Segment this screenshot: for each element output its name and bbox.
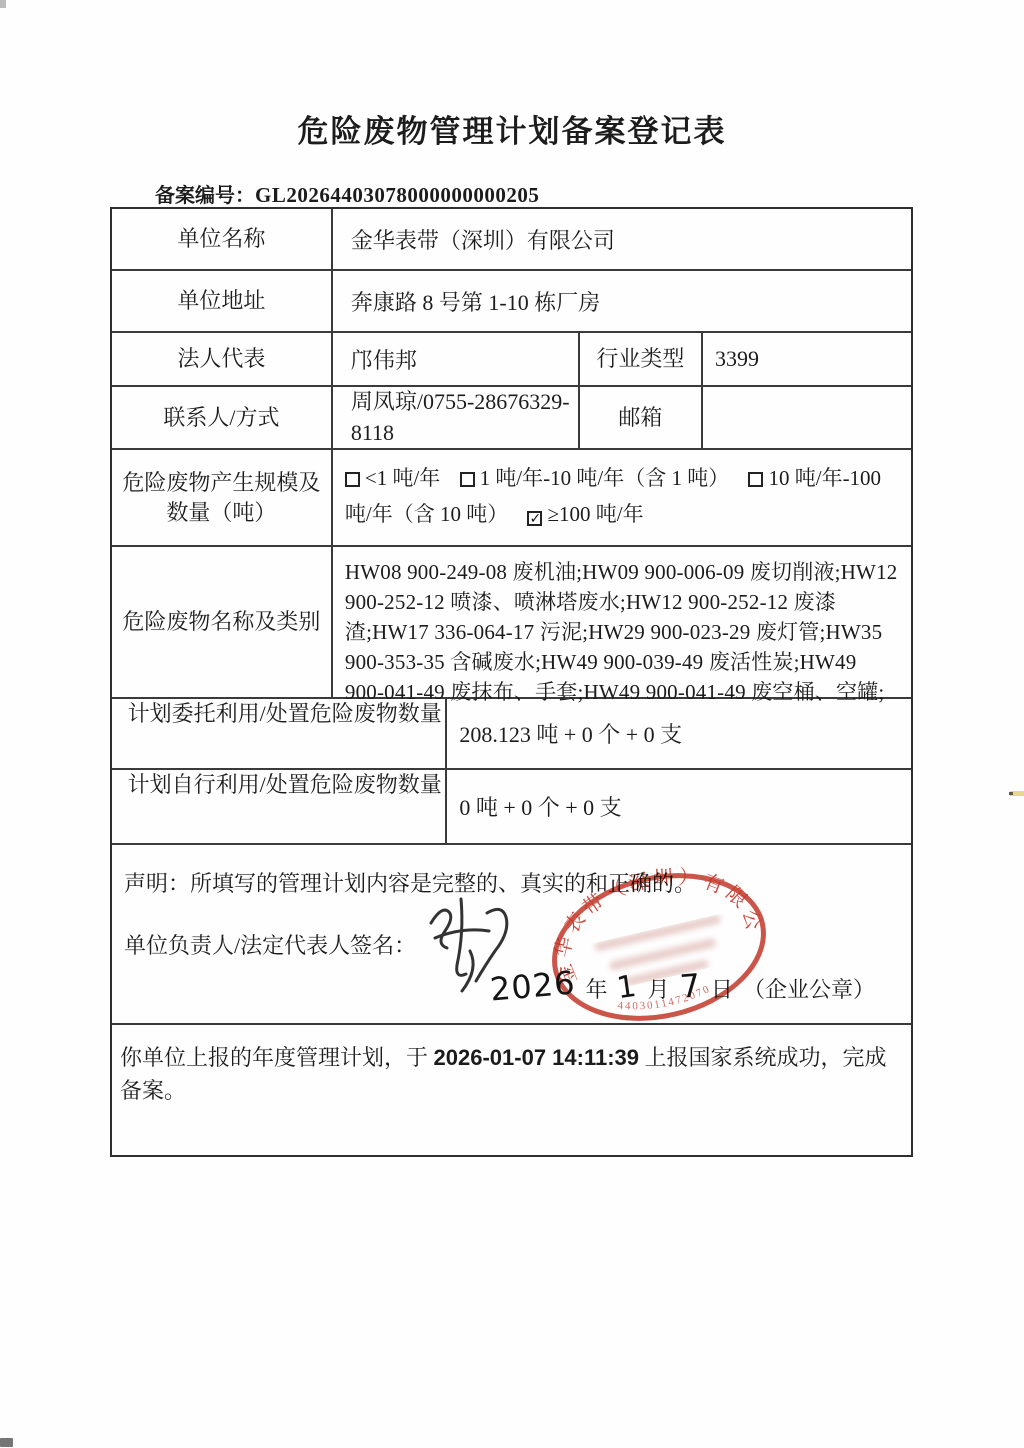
handwritten-month: 1 [615,969,640,1006]
waste-scale-label-line1: 危险废物产生规模及 [122,468,320,498]
record-number-value: GL20264403078000000000205 [255,183,539,207]
legal-rep-value: 邝伟邦 [331,333,578,385]
record-number-label: 备案编号： [155,185,255,207]
record-number-line: 备案编号：GL20264403078000000000205 [155,179,539,208]
scan-artifact-bottom-left [0,1438,13,1447]
scan-artifact-right-dot [1009,792,1013,795]
unit-name-value: 金华表带（深圳）有限公司 [331,209,911,269]
scale-option-1to10: 1 吨/年-10 吨/年（含 1 吨） [460,466,730,490]
email-label: 邮箱 [578,387,701,448]
industry-type-label: 行业类型 [578,333,701,385]
row-entrusted-quantity: 计划委托利用/处置危险废物数量 208.123 吨 + 0 个 + 0 支 [112,697,911,768]
notice-datetime: 2026-01-07 14:11:39 [434,1045,640,1070]
self-quantity-value: 0 吨 + 0 个 + 0 支 [445,770,911,843]
row-waste-names: 危险废物名称及类别 HW08 900-249-08 废机油;HW09 900-0… [112,545,911,697]
entrusted-quantity-label: 计划委托利用/处置危险废物数量 [112,699,445,768]
entrusted-quantity-value: 208.123 吨 + 0 个 + 0 支 [445,699,911,768]
year-char: 年 [585,973,607,1004]
unit-address-value: 奔康路 8 号第 1-10 栋厂房 [331,271,911,331]
contact-value: 周凤琼/0755-28676329-8118 [331,387,578,448]
row-unit-address: 单位地址 奔康路 8 号第 1-10 栋厂房 [112,269,911,331]
checkbox-unchecked-icon [748,472,763,487]
company-seal: 金华表带（深圳）有限公司 4403011472070 [535,857,783,1035]
form-title: 危险废物管理计划备案登记表 [0,106,1024,151]
handwritten-day: 7 [678,966,703,1006]
scale-option-lt1: <1 吨/年 [345,466,440,490]
row-waste-scale: 危险废物产生规模及 数量（吨） <1 吨/年 1 吨/年-10 吨/年（含 1 … [112,448,911,545]
row-legal-rep: 法人代表 邝伟邦 行业类型 3399 [112,331,911,385]
row-unit-name: 单位名称 金华表带（深圳）有限公司 [112,209,911,269]
handwritten-date-line: 2026 年 1 月 7 日 （企业公章） [490,967,875,1005]
scanned-form-page: 危险废物管理计划备案登记表 备案编号：GL2026440307800000000… [0,0,1024,1448]
self-quantity-label: 计划自行利用/处置危险废物数量 [112,770,445,843]
row-self-quantity: 计划自行利用/处置危险废物数量 0 吨 + 0 个 + 0 支 [112,768,911,843]
checkbox-unchecked-icon [460,472,475,487]
contact-label: 联系人/方式 [112,387,331,448]
waste-scale-label-line2: 数量（吨） [166,498,276,528]
waste-scale-options: <1 吨/年 1 吨/年-10 吨/年（含 1 吨） 10 吨/年-100 吨/… [331,450,911,545]
signature-caption: 单位负责人/法定代表人签名： [124,929,416,960]
checkbox-unchecked-icon [345,472,360,487]
legal-rep-label: 法人代表 [112,333,331,385]
day-char: 日 [711,973,733,1004]
filing-notice-text: 你单位上报的年度管理计划，于 2026-01-07 14:11:39 上报国家系… [112,1025,911,1155]
unit-address-label: 单位地址 [112,271,331,331]
row-filing-notice: 你单位上报的年度管理计划，于 2026-01-07 14:11:39 上报国家系… [112,1023,911,1155]
row-declaration: 声明：所填写的管理计划内容是完整的、真实的和正确的。 单位负责人/法定代表人签名… [112,843,911,1023]
industry-type-value: 3399 [701,333,911,385]
checkbox-checked-icon: ✓ [527,511,542,526]
month-char: 月 [648,973,670,1004]
company-seal-note: （企业公章） [743,973,875,1004]
unit-name-label: 单位名称 [112,209,331,269]
waste-names-value: HW08 900-249-08 废机油;HW09 900-006-09 废切削液… [331,547,911,697]
scale-option-gte100-selected: ✓≥100 吨/年 [527,502,643,526]
scan-artifact-top-left [0,0,6,8]
row-contact: 联系人/方式 周凤琼/0755-28676329-8118 邮箱 [112,385,911,448]
handwritten-year: 2026 [489,963,577,1008]
waste-names-label: 危险废物名称及类别 [112,547,331,697]
registration-table: 单位名称 金华表带（深圳）有限公司 单位地址 奔康路 8 号第 1-10 栋厂房… [110,207,913,1157]
notice-prefix: 你单位上报的年度管理计划，于 [120,1045,434,1070]
waste-scale-label: 危险废物产生规模及 数量（吨） [112,450,331,545]
email-value [701,387,911,448]
